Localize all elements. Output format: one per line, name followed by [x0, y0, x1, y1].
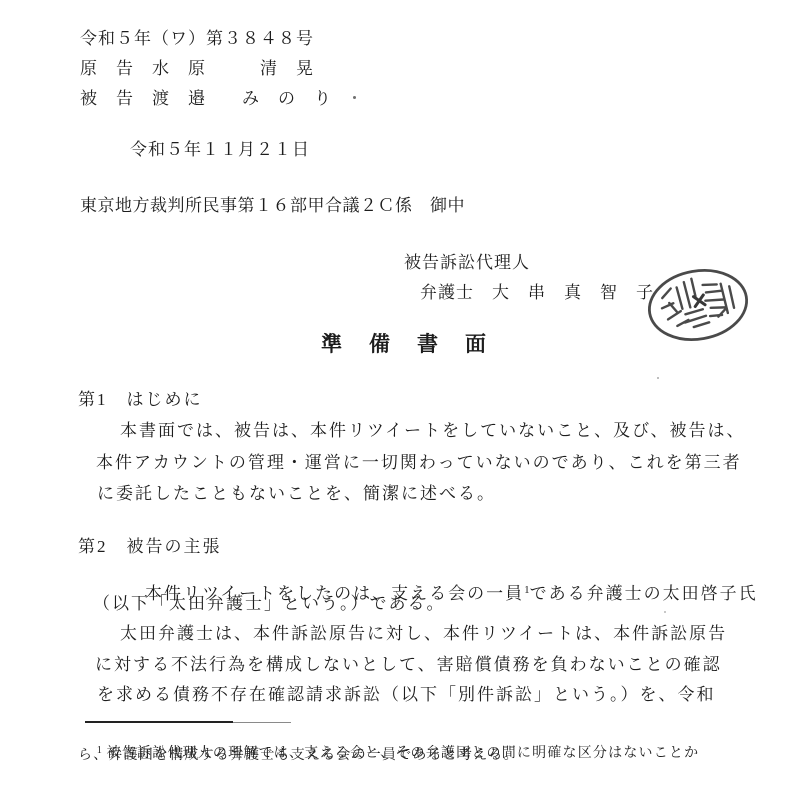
- footnote-line2: ら、弁護団を構成する弁護士も支える会の一員であると考える。: [78, 747, 519, 765]
- scan-speck: [664, 611, 666, 613]
- seal-svg: [640, 262, 756, 348]
- attorney-seal-icon: [640, 262, 756, 348]
- section1-paragraph-line1: 本書面では、被告は、本件リツイートをしていないこと、及び、被告は、: [120, 420, 745, 441]
- representative-role-line: 被告訴訟代理人: [404, 252, 530, 273]
- section2-heading: 第2 被告の主張: [78, 536, 222, 557]
- section2-para2-line1: 太田弁護士は、本件訴訟原告に対し、本件リツイートは、本件訴訟原告: [120, 623, 727, 644]
- document-date: 令和５年１１月２１日: [130, 139, 310, 160]
- scan-speck: [657, 377, 659, 379]
- plaintiff-line: 原 告 水 原 清 晃: [80, 58, 314, 79]
- court-address-line: 東京地方裁判所民事第１６部甲合議２Ｃ係 御中: [80, 195, 465, 216]
- scanned-legal-document-page: 令和５年（ワ）第３８４８号 原 告 水 原 清 晃 被 告 渡 邉 み の り …: [0, 0, 791, 791]
- attorney-name-line: 弁護士 大 串 真 智 子: [420, 282, 654, 303]
- footnote-separator-faint-extension: [233, 722, 291, 723]
- section1-heading: 第1 はじめに: [78, 389, 203, 410]
- section2-para2-line2: に対する不法行為を構成しないとして、害賠償債務を負わないことの確認: [95, 654, 722, 675]
- section1-paragraph-line3: に委託したこともないことを、簡潔に述べる。: [97, 483, 496, 504]
- section2-para2-line3: を求める債務不存在確認請求訴訟（以下「別件訴訟」という。）を、令和: [97, 684, 716, 705]
- footnote-separator: [85, 721, 233, 723]
- section2-para1-line2: （以下「太田弁護士」という。）である。: [93, 593, 446, 614]
- scan-speck: [353, 96, 356, 99]
- section1-paragraph-line2: 本件アカウントの管理・運営に一切関わっていないのであり、これを第三者: [96, 452, 742, 473]
- document-title: 準 備 書 面: [321, 331, 489, 357]
- para1-line1-text-post: である弁護士の太田啓子氏: [530, 584, 758, 603]
- defendant-line: 被 告 渡 邉 み の り: [80, 88, 332, 109]
- case-number-line: 令和５年（ワ）第３８４８号: [80, 28, 314, 49]
